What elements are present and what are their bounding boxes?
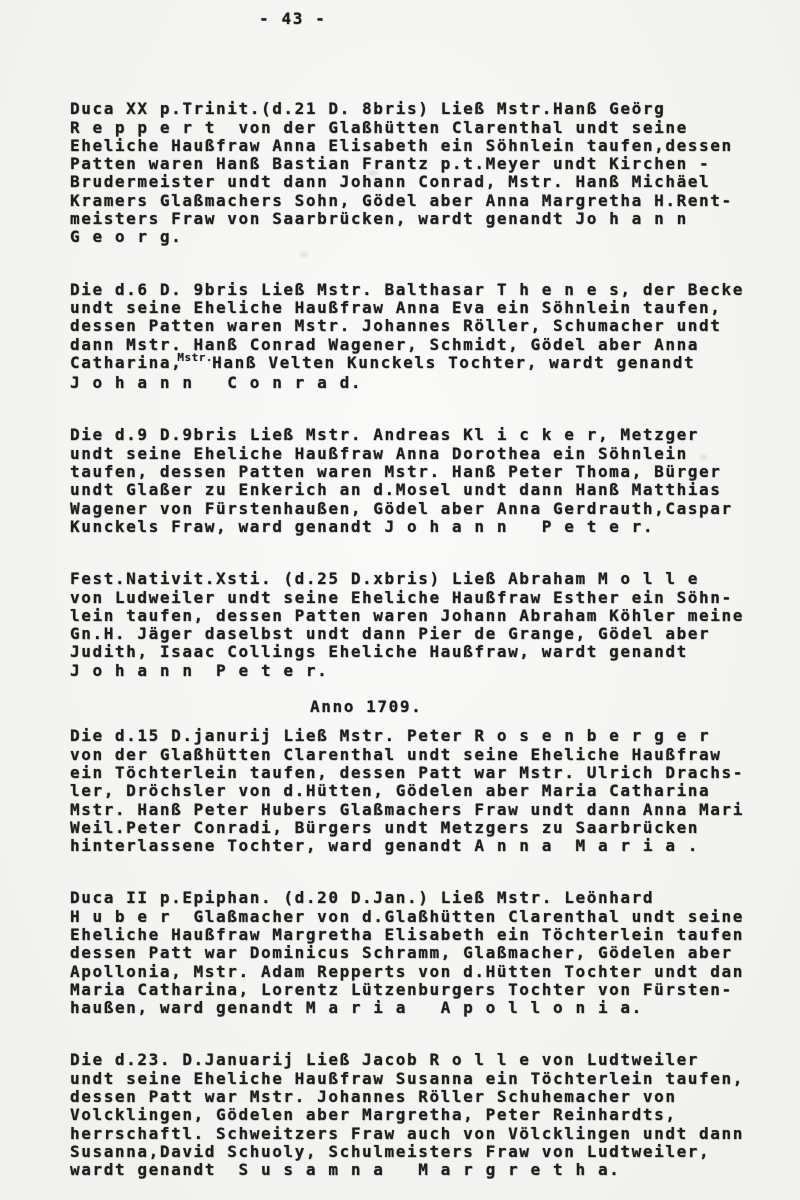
- baptism-entry: Die d.15 D.janurij Ließ Mstr. Peter R o …: [70, 727, 800, 855]
- entry-line: Catharina,Mstr. Hanß Velten Kunckels Toc…: [70, 354, 800, 374]
- baptism-entry: Fest.Nativit.Xsti. (d.25 D.xbris) Ließ A…: [70, 570, 800, 680]
- entry-line: meisters Fraw von Saarbrücken, wardt gen…: [70, 210, 800, 228]
- entry-line: Kunckels Fraw, ward genandt J o h a n n …: [70, 518, 800, 536]
- entry-line-text: Hanß Velten Kunckels Tochter, wardt gena…: [201, 353, 695, 372]
- entry-line: Susanna,David Schuoly, Schulmeisters Fra…: [70, 1143, 800, 1161]
- entry-line: Eheliche Haußfraw Margretha Elisabeth ei…: [70, 926, 800, 944]
- year-heading: Anno 1709.: [70, 698, 800, 716]
- entry-line: undt seine Eheliche Haußfraw Susanna ein…: [70, 1070, 800, 1088]
- entry-line: dessen Patten waren Mstr. Johannes Rölle…: [70, 317, 800, 335]
- entry-line: herrschaftl. Schweitzers Fraw auch von V…: [70, 1125, 800, 1143]
- entry-line: Brudermeister undt dann Johann Conrad, M…: [70, 173, 800, 191]
- inserted-word: Mstr.: [177, 349, 213, 367]
- entry-line: Mstr. Hanß Peter Hubers Glaßmachers Fraw…: [70, 801, 800, 819]
- entry-line: wardt genandt S u s a m n a M a r g r e …: [70, 1161, 800, 1179]
- entry-line: Patten waren Hanß Bastian Frantz p.t.Mey…: [70, 155, 800, 173]
- entry-line: Eheliche Haußfraw Anna Elisabeth ein Söh…: [70, 137, 800, 155]
- entry-line: J o h a n n P e t e r.: [70, 662, 800, 680]
- entry-line: Kramers Glaßmachers Sohn, Gödel aber Ann…: [70, 192, 800, 210]
- entry-line: H u b e r Glaßmacher von d.Glaßhütten Cl…: [70, 908, 800, 926]
- entry-line: Die d.23. D.Januarij Ließ Jacob R o l l …: [70, 1051, 800, 1069]
- entry-line: Wagener von Fürstenhaußen, Gödel aber An…: [70, 500, 800, 518]
- entry-line: Apollonia, Mstr. Adam Repperts von d.Hüt…: [70, 963, 800, 981]
- baptism-entry: Duca XX p.Trinit.(d.21 D. 8bris) Ließ Ms…: [70, 100, 800, 246]
- entry-line: Volcklingen, Gödelen aber Margretha, Pet…: [70, 1106, 800, 1124]
- entry-line: dessen Patt war Mstr. Johannes Röller Sc…: [70, 1088, 800, 1106]
- entry-line: Judith, Isaac Collings Eheliche Haußfraw…: [70, 643, 800, 661]
- entry-line: undt seine Eheliche Haußfraw Anna Eva ei…: [70, 299, 800, 317]
- entry-line: ler, Dröchsler von d.Hütten, Gödelen abe…: [70, 782, 800, 800]
- entries: Duca XX p.Trinit.(d.21 D. 8bris) Ließ Ms…: [70, 100, 800, 1179]
- entry-line: Maria Catharina, Lorentz Lützenburgers T…: [70, 981, 800, 999]
- entry-line: haußen, ward genandt M a r i a A p o l l…: [70, 999, 800, 1017]
- entry-line: Gn.H. Jäger daselbst undt dann Pier de G…: [70, 625, 800, 643]
- baptism-entry: Die d.23. D.Januarij Ließ Jacob R o l l …: [70, 1051, 800, 1179]
- entry-line: von der Glaßhütten Clarenthal undt seine…: [70, 746, 800, 764]
- entry-line: hinterlassene Tochter, ward genandt A n …: [70, 837, 800, 855]
- entry-line: taufen, dessen Patten waren Mstr. Hanß P…: [70, 463, 800, 481]
- entry-line: Duca II p.Epiphan. (d.20 D.Jan.) Ließ Ms…: [70, 889, 800, 907]
- entry-line: G e o r g.: [70, 228, 800, 246]
- entry-line: undt seine Eheliche Haußfraw Anna Doroth…: [70, 445, 800, 463]
- entry-line: Die d.6 D. 9bris Ließ Mstr. Balthasar T …: [70, 281, 800, 299]
- entry-line: J o h a n n C o n r a d.: [70, 374, 800, 392]
- entry-line: Die d.15 D.janurij Ließ Mstr. Peter R o …: [70, 727, 800, 745]
- entry-line: Die d.9 D.9bris Ließ Mstr. Andreas Kl i …: [70, 426, 800, 444]
- scanned-document-page: - 43 - Duca XX p.Trinit.(d.21 D. 8bris) …: [0, 0, 800, 1200]
- baptism-entry: Duca II p.Epiphan. (d.20 D.Jan.) Ließ Ms…: [70, 889, 800, 1017]
- entry-line: dessen Patt war Dominicus Schramm, Glaßm…: [70, 944, 800, 962]
- page-number: - 43 -: [259, 10, 800, 28]
- entry-line: undt Glaßer zu Enkerich an d.Mosel undt …: [70, 481, 800, 499]
- entry-line: Weil.Peter Conradi, Bürgers undt Metzger…: [70, 819, 800, 837]
- entry-line-text: Catharina,: [70, 353, 182, 372]
- entry-line: lein taufen, dessen Patten waren Johann …: [70, 607, 800, 625]
- entry-line: Fest.Nativit.Xsti. (d.25 D.xbris) Ließ A…: [70, 570, 800, 588]
- entry-line: von Ludweiler undt seine Eheliche Haußfr…: [70, 589, 800, 607]
- entry-line: Duca XX p.Trinit.(d.21 D. 8bris) Ließ Ms…: [70, 100, 800, 118]
- entry-line: ein Töchterlein taufen, dessen Patt war …: [70, 764, 800, 782]
- baptism-entry: Die d.9 D.9bris Ließ Mstr. Andreas Kl i …: [70, 426, 800, 536]
- baptism-entry: Die d.6 D. 9bris Ließ Mstr. Balthasar T …: [70, 281, 800, 393]
- entry-line: R e p p e r t von der Glaßhütten Clarent…: [70, 119, 800, 137]
